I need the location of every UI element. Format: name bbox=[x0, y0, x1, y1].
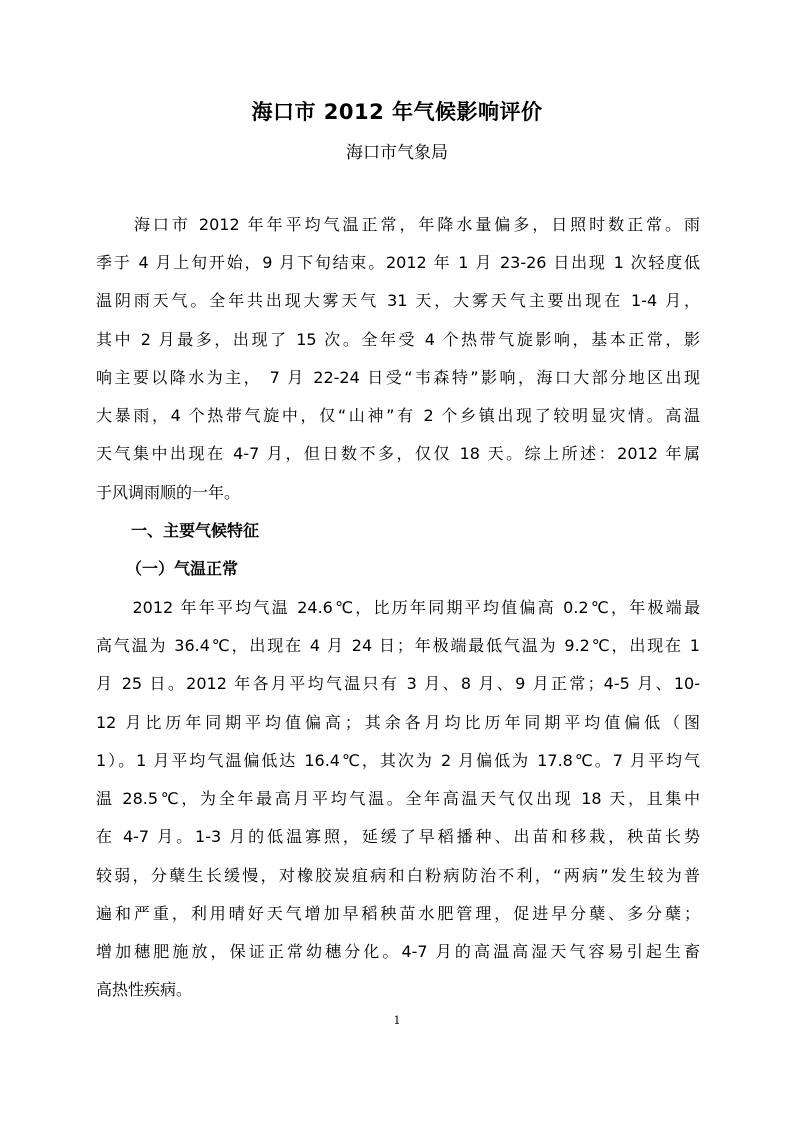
paragraph-line: 12 月比历年同期平均值偏高；其余各月均比历年同期平均值偏低（图 bbox=[96, 711, 700, 735]
paragraph-line: 天气集中出现在 4-7 月，但日数不多，仅仅 18 天。综上所述：2012 年属 bbox=[96, 442, 700, 466]
paragraph-line: 增加穗肥施放，保证正常幼穗分化。4-7 月的高温高湿天气容易引起生畜 bbox=[96, 940, 700, 964]
document-author: 海口市气象局 bbox=[0, 138, 794, 163]
paragraph-line: 遍和严重，利用晴好天气增加早稻秧苗水肥管理，促进早分蘖、多分蘖； bbox=[96, 902, 700, 926]
paragraph-line: 于风调雨顺的一年。 bbox=[96, 481, 700, 505]
paragraph-line: 高热性疾病。 bbox=[96, 978, 700, 1002]
paragraph-line: 温阴雨天气。全年共出现大雾天气 31 天，大雾天气主要出现在 1-4 月， bbox=[96, 289, 700, 313]
paragraph-line: 高气温为 36.4℃，出现在 4 月 24 日；年极端最低气温为 9.2℃，出现… bbox=[96, 634, 700, 658]
page-number: 1 bbox=[0, 1014, 794, 1027]
paragraph-line: 大暴雨，4 个热带气旋中，仅“山神”有 2 个乡镇出现了较明显灾情。高温 bbox=[96, 404, 700, 428]
paragraph-line: 海口市 2012 年年平均气温正常，年降水量偏多，日照时数正常。雨 bbox=[96, 213, 700, 237]
section-heading: 一、主要气候特征 bbox=[131, 519, 259, 543]
paragraph-line: 其中 2 月最多，出现了 15 次。全年受 4 个热带气旋影响，基本正常，影 bbox=[96, 328, 700, 352]
paragraph-line: 响主要以降水为主， 7 月 22-24 日受“韦森特”影响，海口大部分地区出现 bbox=[96, 366, 700, 390]
subsection-heading: （一）气温正常 bbox=[126, 557, 238, 581]
document-title: 海口市 2012 年气候影响评价 bbox=[0, 96, 794, 126]
paragraph-line: 2012 年年平均气温 24.6℃，比历年同期平均值偏高 0.2℃，年极端最 bbox=[96, 596, 700, 620]
paragraph-line: 较弱，分蘖生长缓慢，对橡胶炭疽病和白粉病防治不利，“两病”发生较为普 bbox=[96, 864, 700, 888]
paragraph-line: 月 25 日。2012 年各月平均气温只有 3 月、8 月、9 月正常；4-5 … bbox=[96, 672, 700, 696]
paragraph-line: 1）。1 月平均气温偏低达 16.4℃，其次为 2 月偏低为 17.8℃。7 月… bbox=[96, 749, 700, 773]
paragraph-line: 温 28.5℃，为全年最高月平均气温。全年高温天气仅出现 18 天，且集中 bbox=[96, 787, 700, 811]
paragraph-line: 季于 4 月上旬开始，9 月下旬结束。2012 年 1 月 23-26 日出现 … bbox=[96, 251, 700, 275]
paragraph-line: 在 4-7 月。1-3 月的低温寡照，延缓了早稻播种、出苗和移栽，秧苗长势 bbox=[96, 825, 700, 849]
